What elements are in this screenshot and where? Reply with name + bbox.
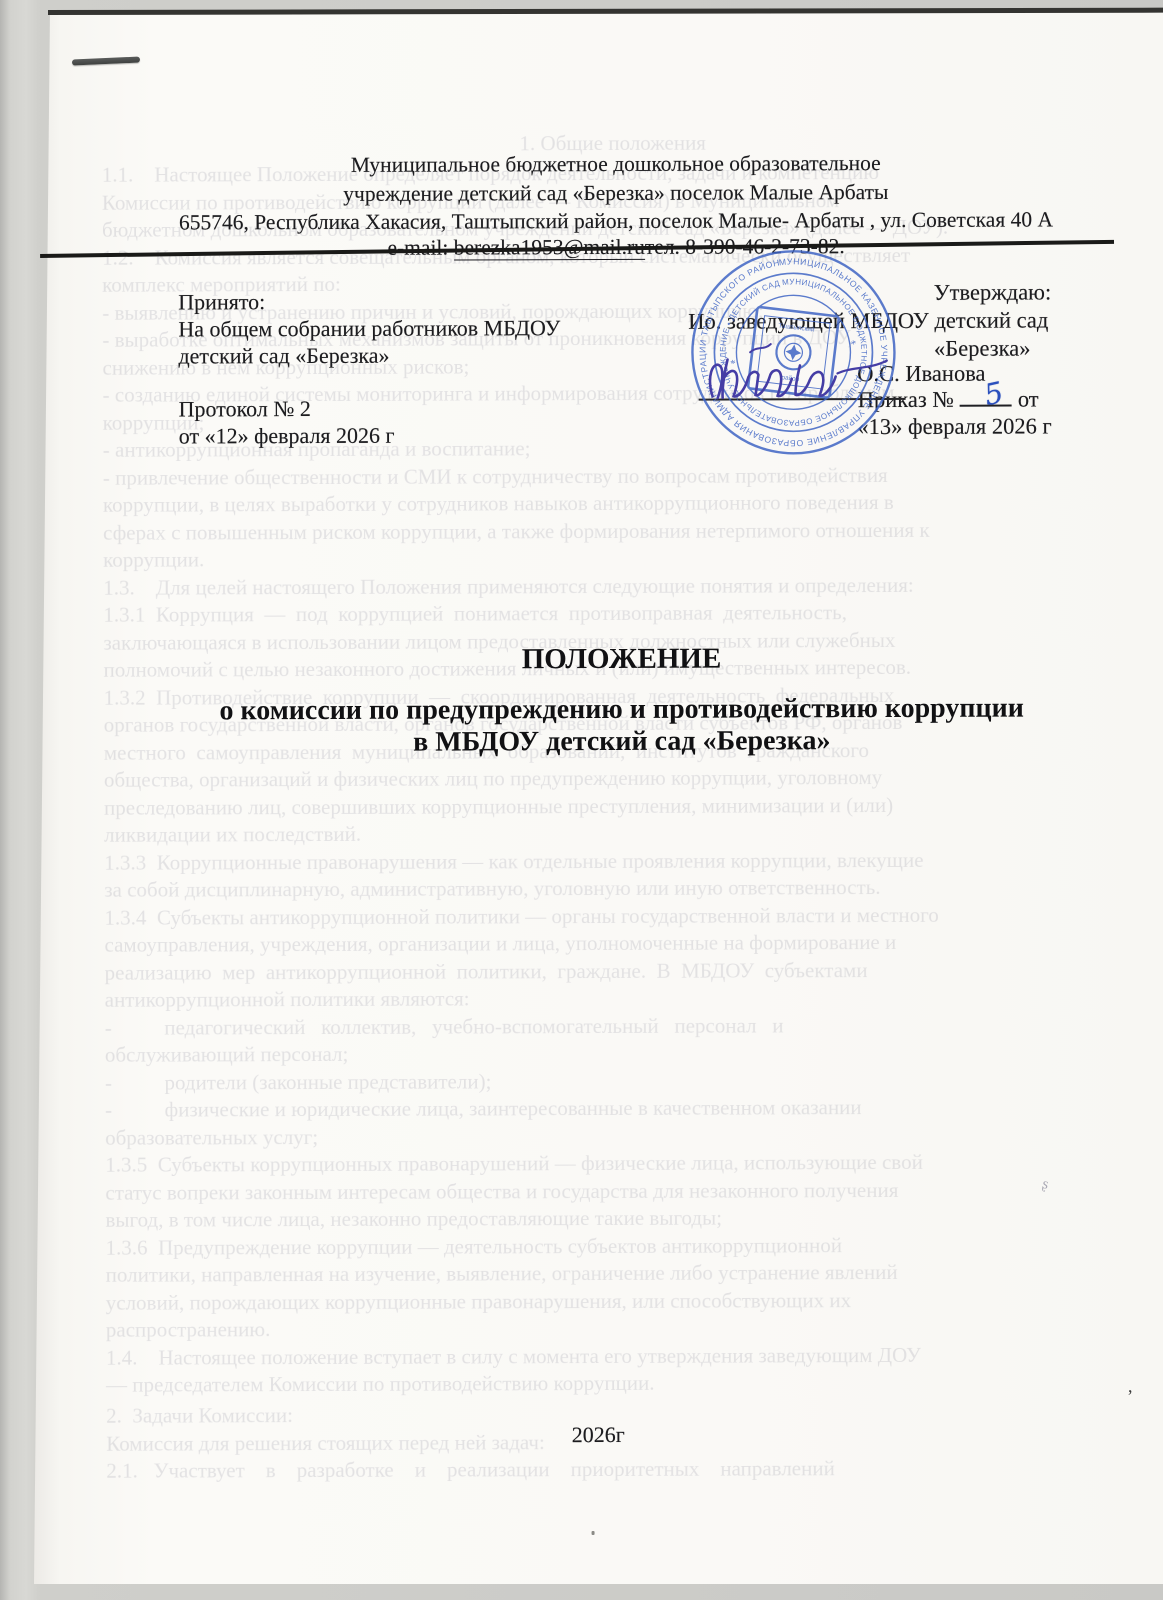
dust-speck bbox=[592, 1531, 595, 1535]
order-from-word: от bbox=[1018, 386, 1039, 411]
approved-label: Утверждаю: bbox=[934, 279, 1052, 305]
document-year: 2026г bbox=[98, 1420, 1098, 1449]
subtitle-line-2: в МБДОУ детский сад «Березка» bbox=[122, 724, 1122, 759]
document-subtitle: о комиссии по предупреждению и противоде… bbox=[122, 692, 1122, 759]
subtitle-line-1: о комиссии по предупреждению и противоде… bbox=[122, 692, 1122, 727]
scanned-document-page: { "scan": { "header": { "lines": [ "Муни… bbox=[0, 0, 1163, 1600]
accepted-block: Принято:На общем собрании работников МБД… bbox=[178, 288, 560, 450]
stamp-center-top-text: Таштыпский bbox=[778, 321, 816, 333]
email-label: e-mail: bbox=[387, 236, 453, 260]
ink-speck-comma: ’ bbox=[1127, 1386, 1133, 1407]
org-letterhead: Муниципальное бюджетное дошкольное образ… bbox=[116, 148, 1116, 237]
handwritten-signature bbox=[689, 329, 918, 421]
document-title: ПОЛОЖЕНИЕ bbox=[121, 641, 1121, 677]
approver-org: «Березка» bbox=[934, 335, 1030, 361]
document-content: 1. Общие положения 1.1. Настоящее Положе… bbox=[0, 0, 1163, 1600]
